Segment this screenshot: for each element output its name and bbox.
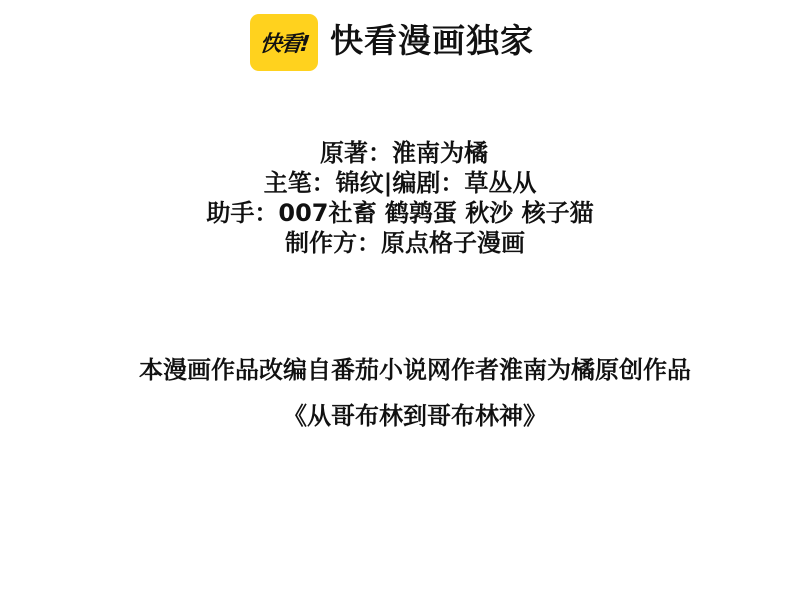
brand-title: 快看漫画独家 [330,18,534,64]
kuaikan-logo: 快看! [250,14,318,71]
logo-text: 快看! [258,27,309,58]
adaptation-notice: 本漫画作品改编自番茄小说网作者淮南为橘原创作品 [0,350,800,385]
credit-artist-writer: 主笔：锦纹|编剧：草丛从 [0,168,800,198]
credit-original-author: 原著：淮南为橘 [8,138,800,168]
credits-block: 原著：淮南为橘 主笔：锦纹|编剧：草丛从 助手：007社畜 鹤鹑蛋 秋沙 核子猫… [0,138,800,258]
credit-assistants: 助手：007社畜 鹤鹑蛋 秋沙 核子猫 [0,198,800,228]
credit-producer: 制作方：原点格子漫画 [10,228,800,258]
original-work-title: 《从哥布林到哥布林神》 [0,396,800,431]
